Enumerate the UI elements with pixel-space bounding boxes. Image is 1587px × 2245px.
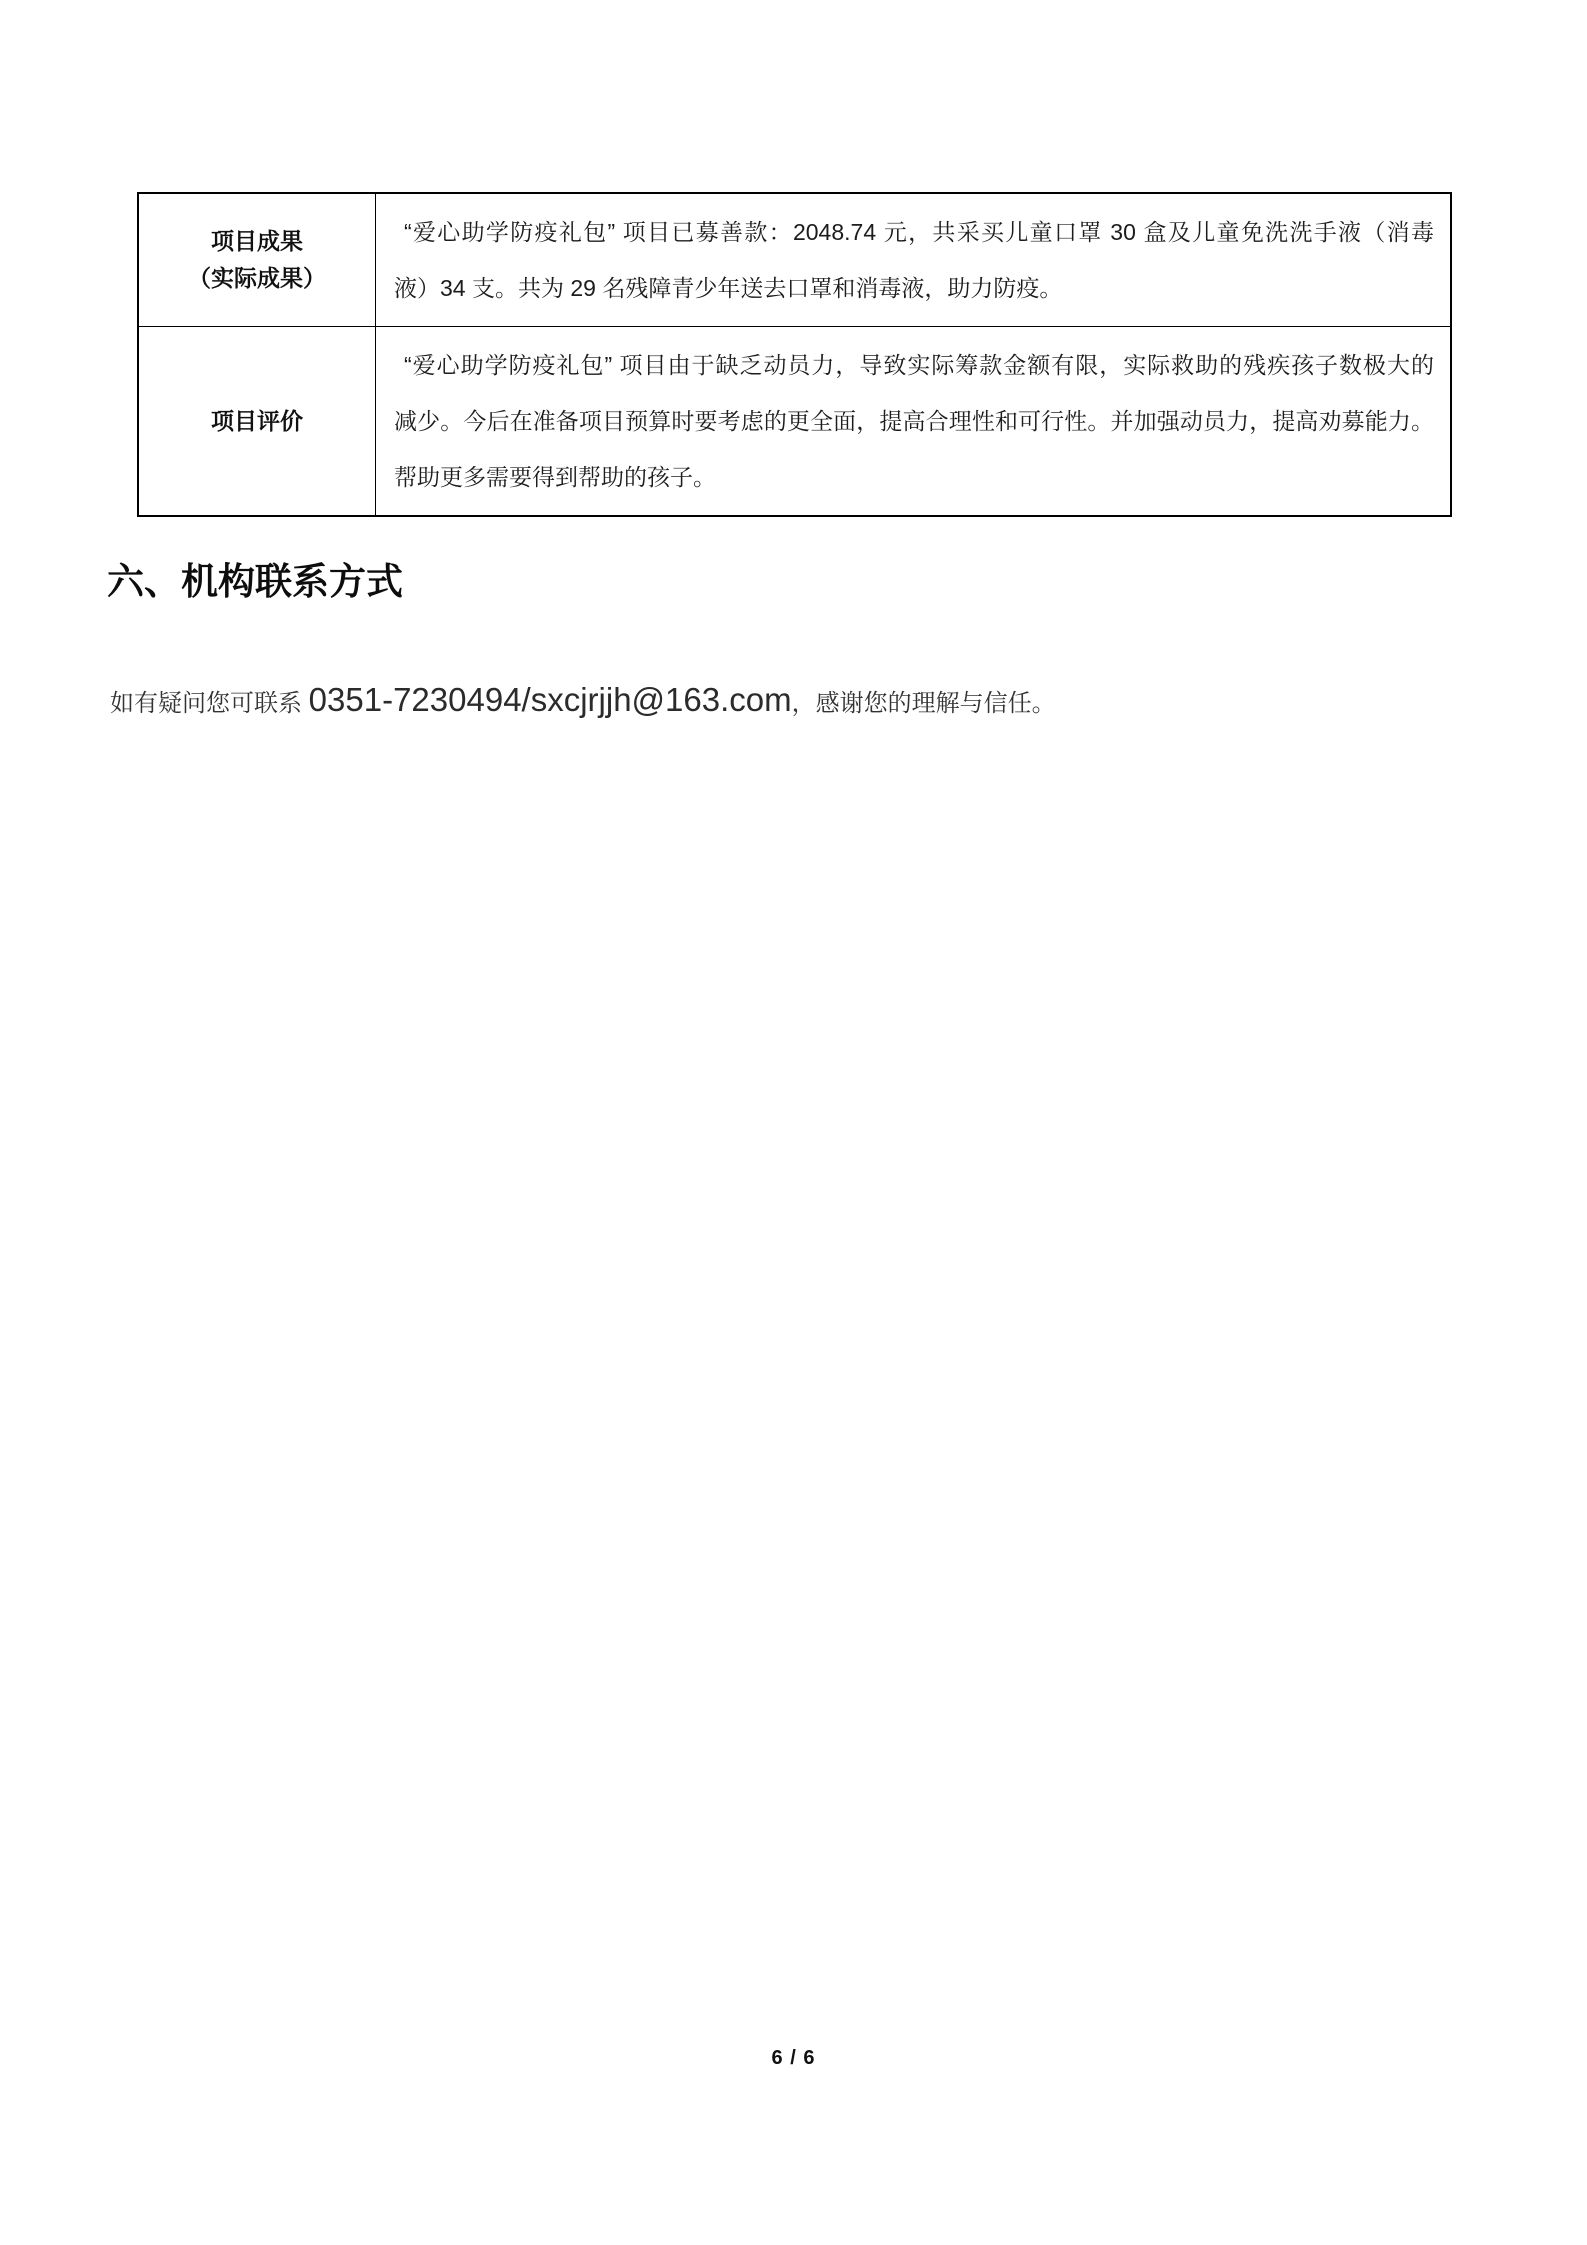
content-line: “爱心助学防疫礼包” 项目已募善款：2048.74 元，共采买儿童口罩 30 盒… — [394, 204, 1434, 260]
row-label-cell-evaluation: 项目评价 — [139, 327, 376, 515]
contact-line: 如有疑问您可联系 0351-7230494/sxcjrjjh@163.com，感… — [110, 666, 1056, 738]
row-label-line: 项目评价 — [211, 403, 303, 440]
content-line: “爱心助学防疫礼包” 项目由于缺乏动员力，导致实际筹款金额有限，实际救助的残疾孩… — [394, 337, 1434, 393]
row-content-cell-evaluation: “爱心助学防疫礼包” 项目由于缺乏动员力，导致实际筹款金额有限，实际救助的残疾孩… — [376, 327, 1450, 515]
row-label-line: （实际成果） — [188, 260, 326, 297]
content-line: 减少。今后在准备项目预算时要考虑的更全面，提高合理性和可行性。并加强动员力，提高… — [394, 393, 1434, 449]
document-page: 项目成果 （实际成果） “爱心助学防疫礼包” 项目已募善款：2048.74 元，… — [0, 0, 1587, 2245]
content-line: 液）34 支。共为 29 名残障青少年送去口罩和消毒液，助力防疫。 — [394, 260, 1434, 316]
table-row-project-results: 项目成果 （实际成果） “爱心助学防疫礼包” 项目已募善款：2048.74 元，… — [139, 194, 1450, 326]
row-label-line: 项目成果 — [211, 223, 303, 260]
contact-prefix-text: 如有疑问您可联系 — [110, 690, 309, 717]
row-content-cell-results: “爱心助学防疫礼包” 项目已募善款：2048.74 元，共采买儿童口罩 30 盒… — [376, 194, 1450, 326]
content-line: 帮助更多需要得到帮助的孩子。 — [394, 449, 1434, 505]
row-label-cell-results: 项目成果 （实际成果） — [139, 194, 376, 326]
contact-phone-email: 0351-7230494/sxcjrjjh@163.com — [309, 681, 792, 718]
project-report-table: 项目成果 （实际成果） “爱心助学防疫礼包” 项目已募善款：2048.74 元，… — [137, 192, 1452, 517]
table-row-project-evaluation: 项目评价 “爱心助学防疫礼包” 项目由于缺乏动员力，导致实际筹款金额有限，实际救… — [139, 326, 1450, 515]
contact-suffix-text: ，感谢您的理解与信任。 — [792, 690, 1056, 717]
page-number: 6 / 6 — [0, 2043, 1587, 2073]
section-heading-contact-info: 六、机构联系方式 — [107, 556, 403, 608]
